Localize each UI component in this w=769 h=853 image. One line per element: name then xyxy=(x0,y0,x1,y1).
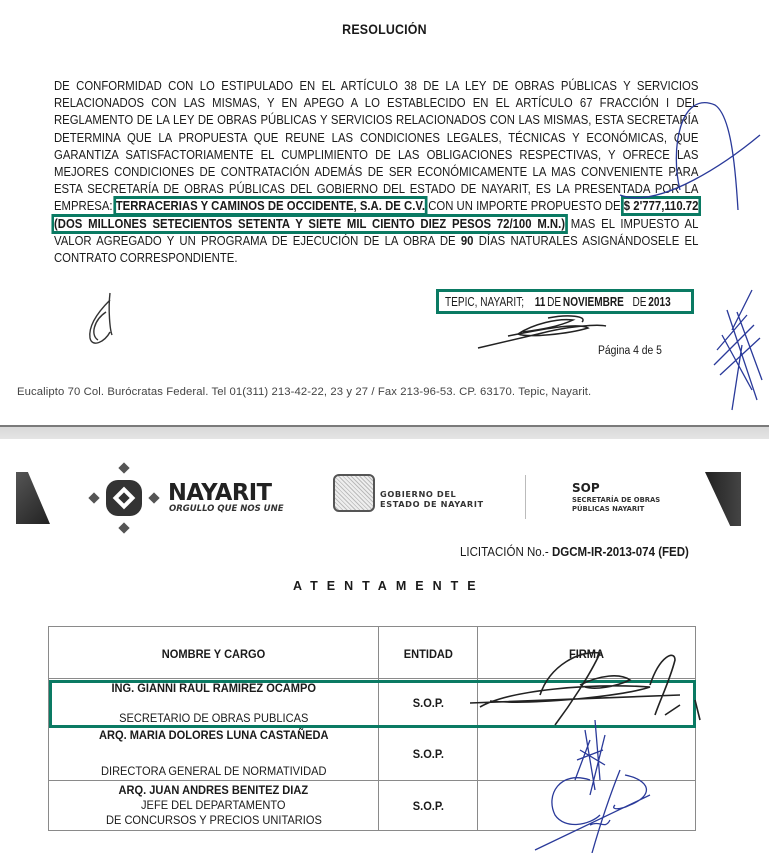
signer-signature xyxy=(478,679,696,727)
sop-line2: PÚBLICAS NAYARIT xyxy=(572,505,660,514)
signatures-table: NOMBRE Y CARGO ENTIDAD FIRMA ING. GIANNI… xyxy=(48,626,696,831)
nayarit-emblem-icon xyxy=(88,462,160,534)
date-year: 2013 xyxy=(648,292,670,311)
resolution-paragraph: DE CONFORMIDAD CON LO ESTIPULADO EN EL A… xyxy=(54,78,698,267)
date-place: TEPIC, NAYARIT; xyxy=(445,292,524,311)
date-connector: DE xyxy=(632,292,646,311)
signer-name-position: ARQ. MARIA DOLORES LUNA CASTAÑEDA DIRECT… xyxy=(49,727,379,781)
signer-name-position: ARQ. JUAN ANDRES BENITEZ DIAZ JEFE DEL D… xyxy=(49,781,379,831)
tender-label: LICITACIÓN No.- xyxy=(460,544,552,559)
nayarit-slogan: ORGULLO QUE NOS UNE xyxy=(169,504,284,514)
signer-signature xyxy=(478,781,696,831)
sop-line1: SECRETARÍA DE OBRAS xyxy=(572,496,660,505)
signer-signature xyxy=(478,727,696,781)
sop-title: SOP xyxy=(572,481,600,495)
gobierno-line2-b: NAYARIT xyxy=(441,499,484,509)
resolution-text-amount-intro: CON UN IMPORTE PROPUESTO DE xyxy=(425,199,624,213)
awarded-company-highlight: TERRACERIAS Y CAMINOS DE OCCIDENTE, S.A.… xyxy=(116,199,425,213)
state-coat-of-arms-icon xyxy=(333,474,375,512)
table-header-row: NOMBRE Y CARGO ENTIDAD FIRMA xyxy=(49,627,696,679)
document-page-4: RESOLUCIÓN DE CONFORMIDAD CON LO ESTIPUL… xyxy=(0,0,769,425)
signer-entity: S.O.P. xyxy=(379,727,478,781)
gobierno-line2-a: ESTADO DE xyxy=(380,499,441,509)
date-day: 11 xyxy=(535,292,546,311)
table-row: ARQ. MARIA DOLORES LUNA CASTAÑEDA DIRECT… xyxy=(49,727,696,781)
sop-line2-a: PÚBLICAS xyxy=(572,505,612,513)
footer-address: Eucalipto 70 Col. Burócratas Federal. Te… xyxy=(17,386,591,398)
header-divider xyxy=(525,475,526,519)
resolution-title: RESOLUCIÓN xyxy=(31,22,738,37)
header-name-position: NOMBRE Y CARGO xyxy=(49,627,379,679)
signer-name: ARQ. JUAN ANDRES BENITEZ DIAZ xyxy=(119,783,309,798)
signer-entity: S.O.P. xyxy=(379,781,478,831)
sop-subtitle: SECRETARÍA DE OBRAS PÚBLICAS NAYARIT xyxy=(572,496,660,513)
date-connector: DE xyxy=(547,292,561,311)
gobierno-line2: ESTADO DE NAYARIT xyxy=(380,499,484,509)
signer-name: ING. GIANNI RAUL RAMIREZ OCAMPO xyxy=(65,681,362,695)
page-gap xyxy=(0,427,769,439)
header-signature: FIRMA xyxy=(478,627,696,679)
sop-line2-b: NAYARIT xyxy=(612,505,644,513)
date-month: NOVIEMBRE xyxy=(563,292,624,311)
nayarit-wordmark: NAYARIT xyxy=(168,480,271,506)
signer-entity: S.O.P. xyxy=(379,679,478,727)
tender-number: LICITACIÓN No.- DGCM-IR-2013-074 (FED) xyxy=(460,544,689,559)
signer-name: ARQ. MARIA DOLORES LUNA CASTAÑEDA xyxy=(65,728,362,742)
signer-position: SECRETARIO DE OBRAS PUBLICAS xyxy=(65,711,362,725)
closing-salutation: ATENTAMENTE xyxy=(293,579,485,593)
table-row: ING. GIANNI RAUL RAMIREZ OCAMPO SECRETAR… xyxy=(49,679,696,727)
execution-days: 90 xyxy=(461,234,474,248)
signer-position-line1: JEFE DEL DEPARTAMENTO xyxy=(141,798,286,813)
signer-position-line2: DE CONCURSOS Y PRECIOS UNITARIOS xyxy=(106,813,322,828)
header-entity: ENTIDAD xyxy=(379,627,478,679)
date-location-highlight: TEPIC, NAYARIT; 11 DE NOVIEMBRE DE 2013 xyxy=(436,289,694,314)
gobierno-line1: GOBIERNO DEL xyxy=(380,489,484,499)
table-row: ARQ. JUAN ANDRES BENITEZ DIAZ JEFE DEL D… xyxy=(49,781,696,831)
tender-value: DGCM-IR-2013-074 (FED) xyxy=(552,544,689,559)
gobierno-label: GOBIERNO DEL ESTADO DE NAYARIT xyxy=(380,489,484,509)
resolution-text-intro: DE CONFORMIDAD CON LO ESTIPULADO EN EL A… xyxy=(54,79,698,213)
signer-position: DIRECTORA GENERAL DE NORMATIVIDAD xyxy=(65,764,362,778)
signer-name-position: ING. GIANNI RAUL RAMIREZ OCAMPO SECRETAR… xyxy=(49,679,379,727)
page-number: Página 4 de 5 xyxy=(598,345,662,357)
